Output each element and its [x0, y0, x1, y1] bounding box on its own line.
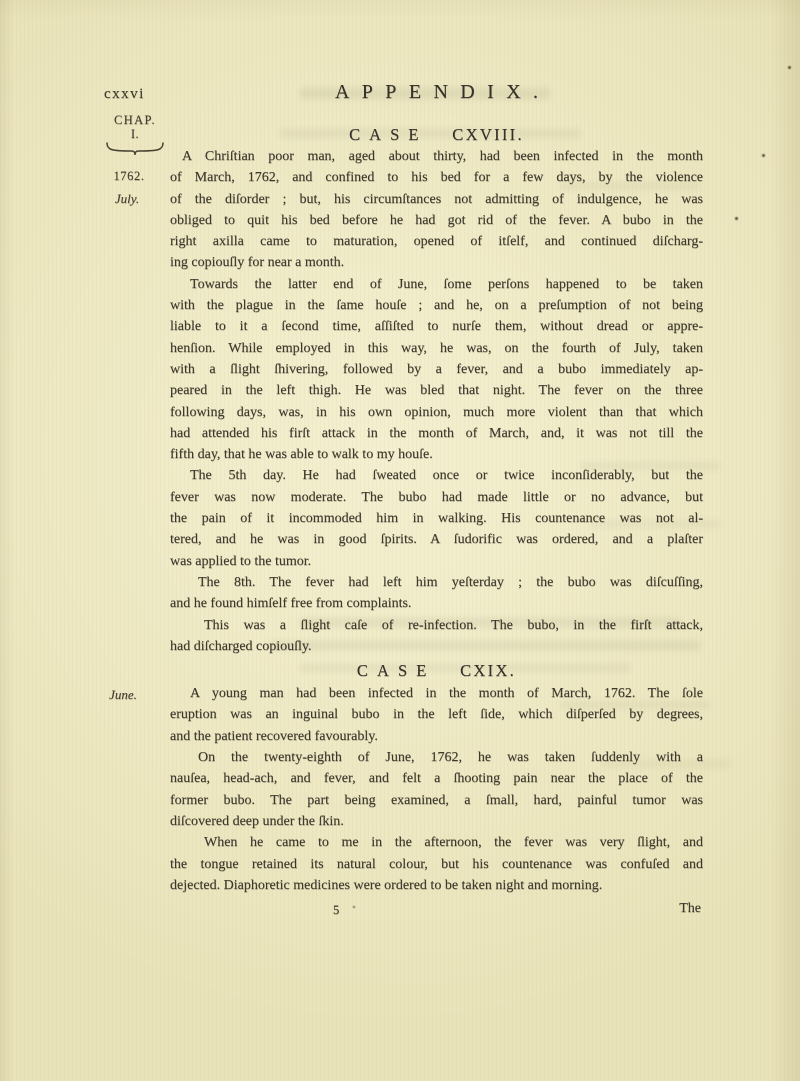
paragraph: A young man had been infected in the mon… [170, 683, 703, 747]
ink-speck [762, 154, 765, 157]
text-line: This was a ſlight caſe of re-infection. … [170, 615, 703, 636]
text-line: The 5th day. He had ſweated once or twic… [170, 465, 703, 486]
text-line: henſion. While employed in this way, he … [170, 338, 703, 359]
margin-note-july: July. [100, 191, 154, 207]
text-line: diſcovered deep under the ſkin. [170, 811, 703, 832]
book-page: cxxvi APPENDIX. CHAP. I. 1762. July. Jun… [0, 0, 800, 1081]
text-line: A young man had been infected in the mon… [170, 683, 703, 704]
text-line: right axilla came to maturation, opened … [170, 231, 703, 252]
case-numeral: CXVIII. [452, 125, 524, 144]
text-line: tered, and he was in good ſpirits. A ſud… [170, 529, 703, 550]
paragraph: Towards the latter end of June, ſome per… [170, 274, 703, 466]
text-line: obliged to quit his bed before he had go… [170, 210, 703, 231]
text-line: eruption was an inguinal bubo in the lef… [170, 704, 703, 725]
text-line: and he found himſelf free from complaint… [170, 593, 703, 614]
case-cxix-heading: CASECXIX. [170, 661, 703, 681]
text-line: nauſea, head-ach, and fever, and felt a … [170, 768, 703, 789]
text-line: and the patient recovered favourably. [170, 726, 703, 747]
signature-mark: 5 [333, 903, 339, 918]
text-line: former bubo. The part being examined, a … [170, 790, 703, 811]
case-cxviii-heading: CASECXVIII. [170, 124, 703, 146]
text-line: fever was now moderate. The bubo had mad… [170, 487, 703, 508]
chapter-numeral: I. [102, 128, 168, 141]
chapter-label: CHAP. [102, 113, 168, 128]
text-line: of March, 1762, and confined to his bed … [170, 167, 703, 188]
case-label: CASE [357, 661, 435, 680]
paragraph: This was a ſlight caſe of re-infection. … [170, 615, 703, 658]
text-line: with a ſlight ſhivering, followed by a f… [170, 359, 703, 380]
ink-speck [735, 217, 738, 220]
text-line: When he came to me in the afternoon, the… [170, 832, 703, 853]
text-line: had diſcharged copiouſly. [170, 636, 703, 657]
text-line: dejected. Diaphoretic medicines were ord… [170, 875, 703, 896]
text-column: CASECXVIII. A Chriſtian poor man, aged a… [170, 124, 703, 896]
text-line: The 8th. The fever had left him yeſterda… [170, 572, 703, 593]
text-line: had attended his firſt attack in the mon… [170, 423, 703, 444]
paragraph: A Chriſtian poor man, aged about thirty,… [170, 146, 703, 274]
chapter-brace-icon [106, 142, 164, 156]
text-line: On the twenty-eighth of June, 1762, he w… [170, 747, 703, 768]
catchword: The [679, 901, 701, 917]
text-line: the pain of it incommoded him in walking… [170, 508, 703, 529]
case-label: CASE [349, 125, 427, 144]
text-line: the tongue retained its natural colour, … [170, 854, 703, 875]
paragraph: On the twenty-eighth of June, 1762, he w… [170, 747, 703, 832]
text-line: of the diſorder ; but, his circumſtances… [170, 189, 703, 210]
text-line: fifth day, that he was able to walk to m… [170, 444, 703, 465]
text-line: liable to it a ſecond time, aſſiſted to … [170, 316, 703, 337]
text-line: peared in the left thigh. He was bled th… [170, 380, 703, 401]
text-line: ing copiouſly for near a month. [170, 252, 703, 273]
text-line: A Chriſtian poor man, aged about thirty,… [170, 146, 703, 167]
text-line: was applied to the tumor. [170, 551, 703, 572]
paragraph: When he came to me in the afternoon, the… [170, 832, 703, 896]
ink-speck [788, 66, 791, 69]
case-numeral: CXIX. [460, 661, 516, 680]
text-line: following days, was, in his own opinion,… [170, 402, 703, 423]
text-line: Towards the latter end of June, ſome per… [170, 274, 703, 295]
running-head: APPENDIX. [170, 81, 703, 104]
signature-row: 5 The [170, 901, 703, 919]
margin-note-year: 1762. [102, 169, 156, 184]
chapter-marginal: CHAP. I. [102, 113, 168, 156]
page-number: cxxvi [104, 86, 145, 103]
ink-speck [353, 906, 355, 908]
margin-note-june: June. [96, 687, 150, 703]
text-line: with the plague in the ſame houſe ; and … [170, 295, 703, 316]
paragraph: The 5th day. He had ſweated once or twic… [170, 465, 703, 571]
paragraph: The 8th. The fever had left him yeſterda… [170, 572, 703, 615]
